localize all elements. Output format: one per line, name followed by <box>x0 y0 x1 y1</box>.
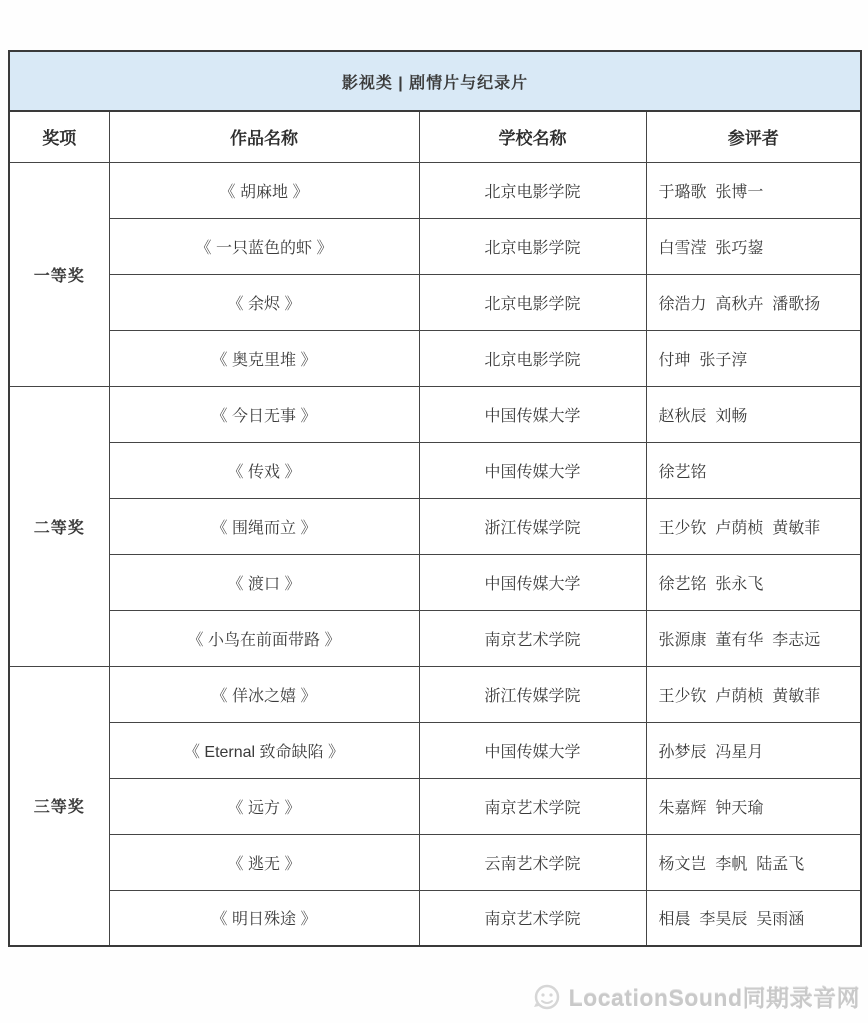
locationsound-logo-icon <box>533 983 561 1011</box>
participants-cell: 徐艺铭 <box>646 442 861 498</box>
footer-watermark-text: LocationSound同期录音网 <box>569 980 860 1013</box>
work-cell: 《 渡口 》 <box>109 554 419 610</box>
participants-cell: 白雪滢 张巧鋆 <box>646 218 861 274</box>
school-cell: 浙江传媒学院 <box>419 498 646 554</box>
award-group-label: 二等奖 <box>9 386 109 666</box>
work-cell: 《 逃无 》 <box>109 834 419 890</box>
participants-cell: 王少钦 卢荫桢 黄敏菲 <box>646 498 861 554</box>
award-group-label: 一等奖 <box>9 162 109 386</box>
column-header: 奖项 <box>9 111 109 162</box>
work-cell: 《 Eternal 致命缺陷 》 <box>109 722 419 778</box>
participants-cell: 付珅 张子淳 <box>646 330 861 386</box>
work-cell: 《 胡麻地 》 <box>109 162 419 218</box>
work-cell: 《 余烬 》 <box>109 274 419 330</box>
work-cell: 《 围绳而立 》 <box>109 498 419 554</box>
table-title-row: 影视类 | 剧情片与纪录片 <box>9 51 861 111</box>
participants-cell: 徐艺铭 张永飞 <box>646 554 861 610</box>
school-cell: 北京电影学院 <box>419 330 646 386</box>
school-cell: 北京电影学院 <box>419 218 646 274</box>
page-background: 影视类 | 剧情片与纪录片 奖项作品名称学校名称参评者 一等奖《 胡麻地 》北京… <box>0 0 868 1023</box>
column-header: 作品名称 <box>109 111 419 162</box>
footer-watermark: LocationSound同期录音网 <box>533 980 860 1013</box>
table-row: 二等奖《 今日无事 》中国传媒大学赵秋辰 刘畅 <box>9 386 861 442</box>
column-header: 学校名称 <box>419 111 646 162</box>
table-row: 《 Eternal 致命缺陷 》中国传媒大学孙梦辰 冯星月 <box>9 722 861 778</box>
work-cell: 《 远方 》 <box>109 778 419 834</box>
table-row: 《 渡口 》中国传媒大学徐艺铭 张永飞 <box>9 554 861 610</box>
table-row: 三等奖《 佯冰之嬉 》浙江传媒学院王少钦 卢荫桢 黄敏菲 <box>9 666 861 722</box>
table-row: 一等奖《 胡麻地 》北京电影学院于璐歌 张博一 <box>9 162 861 218</box>
awards-table-body: 一等奖《 胡麻地 》北京电影学院于璐歌 张博一《 一只蓝色的虾 》北京电影学院白… <box>9 162 861 946</box>
school-cell: 北京电影学院 <box>419 274 646 330</box>
participants-cell: 相晨 李昊辰 吴雨涵 <box>646 890 861 946</box>
work-cell: 《 传戏 》 <box>109 442 419 498</box>
school-cell: 南京艺术学院 <box>419 778 646 834</box>
table-row: 《 逃无 》云南艺术学院杨文岂 李帆 陆孟飞 <box>9 834 861 890</box>
work-cell: 《 佯冰之嬉 》 <box>109 666 419 722</box>
table-row: 《 围绳而立 》浙江传媒学院王少钦 卢荫桢 黄敏菲 <box>9 498 861 554</box>
participants-cell: 赵秋辰 刘畅 <box>646 386 861 442</box>
work-cell: 《 小鸟在前面带路 》 <box>109 610 419 666</box>
school-cell: 云南艺术学院 <box>419 834 646 890</box>
table-row: 《 奥克里堆 》北京电影学院付珅 张子淳 <box>9 330 861 386</box>
table-head: 影视类 | 剧情片与纪录片 奖项作品名称学校名称参评者 <box>9 51 861 162</box>
table-row: 《 一只蓝色的虾 》北京电影学院白雪滢 张巧鋆 <box>9 218 861 274</box>
column-header: 参评者 <box>646 111 861 162</box>
school-cell: 中国传媒大学 <box>419 386 646 442</box>
participants-cell: 张源康 董有华 李志远 <box>646 610 861 666</box>
table-row: 《 小鸟在前面带路 》南京艺术学院张源康 董有华 李志远 <box>9 610 861 666</box>
work-cell: 《 奥克里堆 》 <box>109 330 419 386</box>
school-cell: 南京艺术学院 <box>419 890 646 946</box>
awards-table: 影视类 | 剧情片与纪录片 奖项作品名称学校名称参评者 一等奖《 胡麻地 》北京… <box>8 50 862 947</box>
work-cell: 《 一只蓝色的虾 》 <box>109 218 419 274</box>
table-row: 《 明日殊途 》南京艺术学院相晨 李昊辰 吴雨涵 <box>9 890 861 946</box>
school-cell: 南京艺术学院 <box>419 610 646 666</box>
table-row: 《 传戏 》中国传媒大学徐艺铭 <box>9 442 861 498</box>
table-row: 《 余烬 》北京电影学院徐浩力 高秋卉 潘歌扬 <box>9 274 861 330</box>
participants-cell: 孙梦辰 冯星月 <box>646 722 861 778</box>
table-header-row: 奖项作品名称学校名称参评者 <box>9 111 861 162</box>
table-title: 影视类 | 剧情片与纪录片 <box>9 51 861 111</box>
school-cell: 中国传媒大学 <box>419 442 646 498</box>
school-cell: 中国传媒大学 <box>419 722 646 778</box>
participants-cell: 朱嘉辉 钟天瑜 <box>646 778 861 834</box>
table-row: 《 远方 》南京艺术学院朱嘉辉 钟天瑜 <box>9 778 861 834</box>
school-cell: 浙江传媒学院 <box>419 666 646 722</box>
participants-cell: 徐浩力 高秋卉 潘歌扬 <box>646 274 861 330</box>
participants-cell: 杨文岂 李帆 陆孟飞 <box>646 834 861 890</box>
school-cell: 中国传媒大学 <box>419 554 646 610</box>
school-cell: 北京电影学院 <box>419 162 646 218</box>
award-group-label: 三等奖 <box>9 666 109 946</box>
participants-cell: 王少钦 卢荫桢 黄敏菲 <box>646 666 861 722</box>
work-cell: 《 明日殊途 》 <box>109 890 419 946</box>
work-cell: 《 今日无事 》 <box>109 386 419 442</box>
participants-cell: 于璐歌 张博一 <box>646 162 861 218</box>
